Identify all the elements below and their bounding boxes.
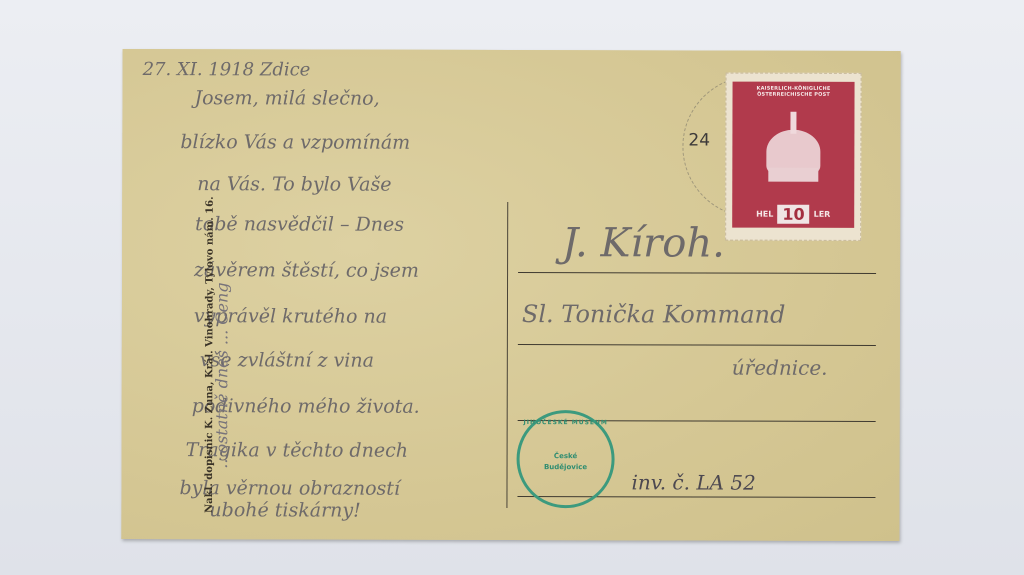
- address-title: úřednice.: [732, 356, 828, 380]
- museum-stamp-ring: JIHOČESKÉ MUSEUM: [520, 419, 612, 426]
- postmark-date: 24: [688, 130, 710, 150]
- date-line: 27. XI. 1918 Zdice: [143, 59, 311, 80]
- postcard: 27. XI. 1918 Zdice Josem, milá slečno, b…: [121, 49, 900, 541]
- inventory-note: inv. č. LA 52: [631, 470, 755, 494]
- museum-stamp-city2: Budějovice: [520, 462, 612, 473]
- museum-stamp: JIHOČESKÉ MUSEUM České Budějovice: [516, 410, 614, 508]
- stamp-label-left: HEL: [756, 210, 773, 219]
- address-recipient: Sl. Tonička Kommand: [522, 300, 785, 329]
- stamp-denomination: 10: [777, 205, 809, 224]
- address-line-2-rule: [518, 344, 876, 346]
- message-line: ubohé tiskárny!: [209, 499, 360, 521]
- publisher-imprint: Nakl. dopisnic K. Zuna, Král. Vinohrady,…: [204, 175, 216, 535]
- center-divider: [506, 202, 508, 508]
- message-line: Josem, milá slečno,: [194, 87, 379, 109]
- museum-stamp-city1: České: [520, 451, 612, 462]
- stamp-inscription: KAISERLICH-KÖNIGLICHE ÖSTERREICHISCHE PO…: [733, 86, 855, 98]
- stamp-label-right: LER: [814, 210, 831, 219]
- address-name: J. Kíroh.: [562, 220, 725, 266]
- postage-stamp: KAISERLICH-KÖNIGLICHE ÖSTERREICHISCHE PO…: [725, 73, 861, 241]
- crown-icon: [758, 111, 828, 191]
- address-line-1-rule: [518, 272, 876, 274]
